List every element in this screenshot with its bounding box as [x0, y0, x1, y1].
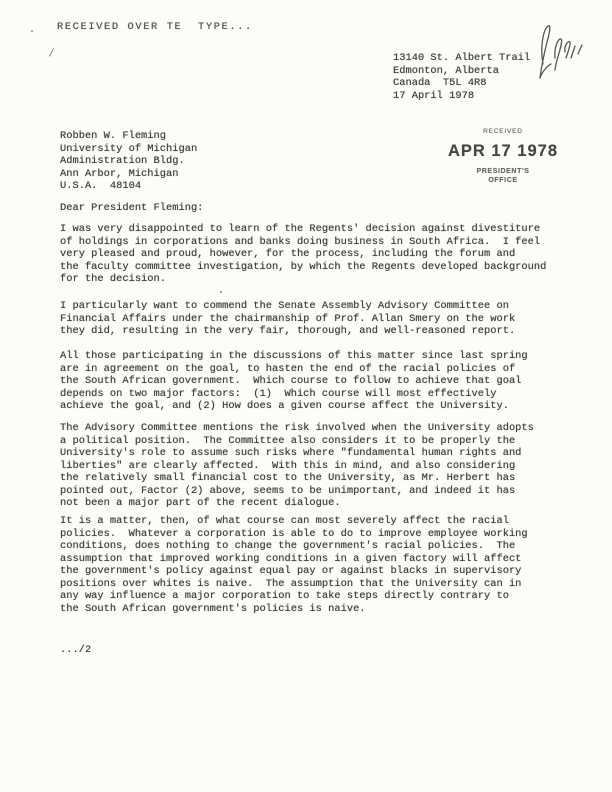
- stamp-office-line1: PRESIDENT'S: [438, 167, 568, 176]
- salutation: Dear President Fleming:: [60, 202, 203, 215]
- scan-speck: [31, 30, 33, 32]
- body-paragraph-5: It is a matter, then, of what course can…: [60, 515, 528, 615]
- stamp-date: APR 17 1978: [438, 142, 568, 161]
- body-paragraph-4: The Advisory Committee mentions the risk…: [60, 422, 534, 510]
- teletype-received-note: RECEIVED OVER TE TYPE...: [57, 21, 253, 34]
- recipient-address-block: Robben W. Fleming University of Michigan…: [60, 130, 197, 193]
- scan-speck: [220, 291, 222, 293]
- sender-address-block: 13140 St. Albert Trail Edmonton, Alberta…: [393, 52, 530, 102]
- body-paragraph-2: I particularly want to commend the Senat…: [60, 300, 515, 338]
- stamp-received-label: RECEIVED: [438, 128, 568, 135]
- page-continuation-marker: .../2: [60, 644, 91, 657]
- stamp-office-line2: OFFICE: [438, 176, 568, 185]
- scan-speck: [49, 48, 54, 57]
- handwritten-initials: [527, 18, 605, 88]
- body-paragraph-1: I was very disappointed to learn of the …: [60, 223, 546, 286]
- received-date-stamp: RECEIVED APR 17 1978 PRESIDENT'S OFFICE: [438, 128, 568, 185]
- letter-page: RECEIVED OVER TE TYPE... 13140 St. Alber…: [0, 0, 612, 792]
- body-paragraph-3: All those participating in the discussio…: [60, 350, 528, 413]
